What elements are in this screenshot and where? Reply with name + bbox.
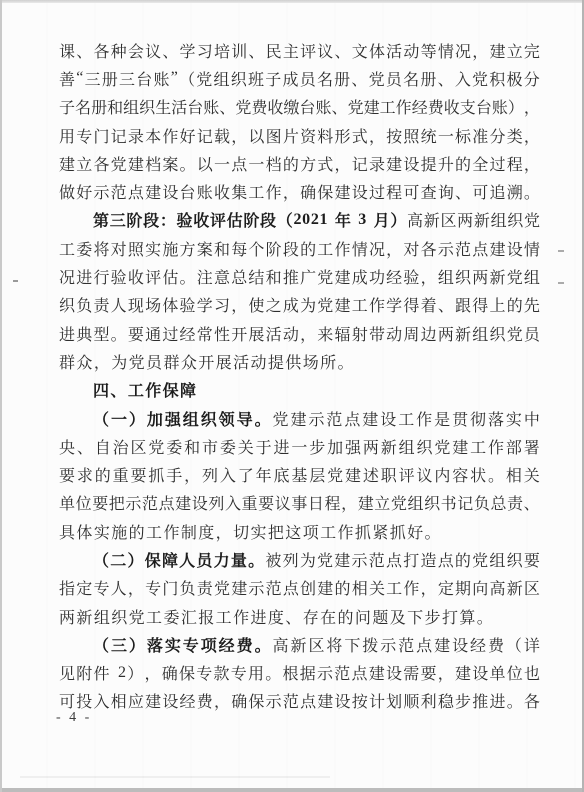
- scan-speck: [13, 280, 18, 282]
- text-line: （三）落实专项经费。高新区将下拨示范点建设经费（详: [59, 630, 540, 658]
- text-line: （二）保障人员力量。被列为党建示范点打造点的党组织要: [59, 545, 540, 573]
- text-line: （一）加强组织领导。党建示范点建设工作是贯彻落实中: [59, 404, 540, 432]
- text-line: 织负责人现场体验学习，使之成为党建工作学得着、跟得上的先: [59, 291, 540, 319]
- scan-speck: [558, 250, 564, 252]
- text-line: 善“三册三台账”（党组织班子成员名册、党员名册、入党积极分: [59, 64, 540, 92]
- text-line: 两新组织党工委汇报工作进度、存在的问题及下步打算。: [59, 602, 540, 630]
- scan-edge-top: [0, 0, 584, 3]
- scan-smudge: [20, 776, 330, 778]
- scan-edge-left: [0, 0, 2, 792]
- text-line: 群众，为党员群众开展活动提供场所。: [59, 347, 540, 375]
- page-number: - 4 -: [56, 710, 92, 726]
- text-line: 具体实施的工作制度，切实把这项工作抓紧抓好。: [59, 517, 540, 545]
- text-line: 四、工作保障: [59, 376, 540, 404]
- scan-edge-bottom: [0, 788, 584, 792]
- text-line: 进典型。要通过经常性开展活动，来辐射带动周边两新组织党员: [59, 319, 540, 347]
- text-line: 可投入相应建设经费，确保示范点建设按计划顺利稳步推进。各: [59, 687, 540, 715]
- scan-speck: [558, 282, 564, 284]
- text-line: 指定专人，专门负责党建示范点创建的相关工作，定期向高新区: [59, 574, 540, 602]
- text-line: 单位要把示范点建设列入重要议事日程，建立党组织书记负总责、: [59, 489, 540, 517]
- text-line: 做好示范点建设台账收集工作，确保建设过程可查询、可追溯。: [59, 177, 540, 205]
- text-line: 第三阶段：验收评估阶段（2021 年 3 月）高新区两新组织党: [59, 206, 540, 234]
- text-line: 建立各党建档案。以一点一档的方式，记录建设提升的全过程，: [59, 149, 540, 177]
- text-line: 用专门记录本作好记载，以图片资料形式，按照统一标准分类，: [59, 121, 540, 149]
- text-line: 央、自治区党委和市委关于进一步加强两新组织党建工作部署: [59, 432, 540, 460]
- text-line: 见附件 2），确保专款专用。根据示范点建设需要，建设单位也: [59, 659, 540, 687]
- text-line: 课、各种会议、学习培训、民主评议、文体活动等情况，建立完: [59, 36, 540, 64]
- text-line: 子名册和组织生活台账、党费收缴台账、党建工作经费收支台账），: [59, 93, 540, 121]
- text-line: 要求的重要抓手，列入了年底基层党建述职评议内容状。相关: [59, 460, 540, 488]
- document-text-block: 课、各种会议、学习培训、民主评议、文体活动等情况，建立完善“三册三台账”（党组织…: [59, 36, 540, 715]
- text-line: 工委将对照实施方案和每个阶段的工作情况，对各示范点建设情: [59, 234, 540, 262]
- scanned-document-page: { "page": { "number_label": "- 4 -" }, "…: [0, 0, 584, 792]
- text-line: 况进行验收评估。注意总结和推广党建成功经验，组织两新党组: [59, 262, 540, 290]
